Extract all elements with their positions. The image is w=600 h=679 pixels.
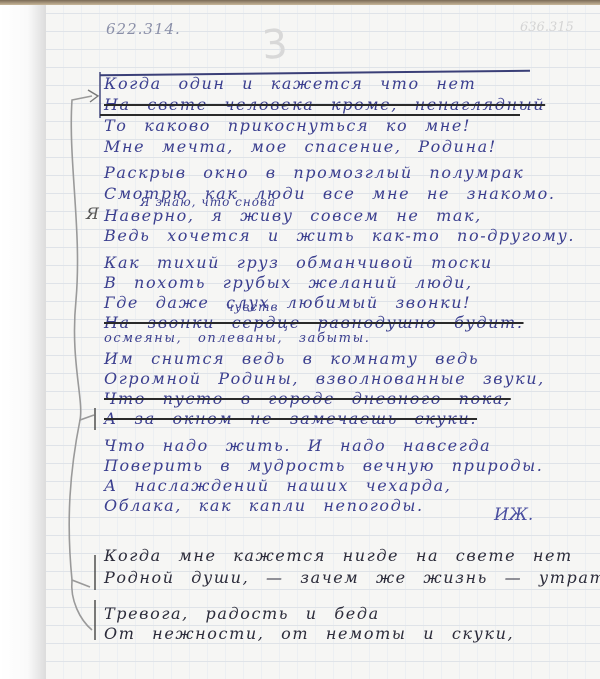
poem-line: Где даже слух любимый звонки! — [104, 293, 471, 312]
poem-line: Раскрыв окно в промозглый полумрак — [104, 163, 524, 182]
poem-line: А наслаждений наших чехарда, — [104, 476, 451, 495]
margin-mark: Я — [86, 204, 99, 223]
poem-line: Родной души, — зачем же жизнь — утрата? — [104, 568, 600, 587]
poem-line: Поверить в мудрость вечную природы. — [104, 456, 543, 475]
author-signature: ИЖ. — [494, 505, 533, 525]
poem-line-struck: На свете человека кроме, ненаглядный — [104, 95, 545, 114]
poem-line-struck: А за окном не замечаешь скуки. — [104, 409, 477, 428]
poem-line-struck: Что пусто в городе дневного пока, — [104, 389, 511, 408]
poem-line: Огромной Родины, взволнованные звуки, — [104, 369, 545, 388]
poem-line: От нежности, от немоты и скуки, — [104, 624, 514, 643]
poem-line-insertion: осмеяны, оплеваны, забыты. — [104, 331, 371, 346]
poem-line: Когда один и кажется что нет — [104, 74, 476, 93]
poem-line: Ведь хочется и жить как-то по-другому. — [104, 226, 575, 245]
archive-number-right: 636.315 — [520, 20, 574, 35]
poem-line: То каково прикоснуться ко мне! — [104, 116, 471, 135]
correction-insertion: чувств — [226, 300, 279, 314]
poem-line: Облака, как капли непогоды. — [104, 496, 424, 515]
poem-line: В похоть грубых желаний люди, — [104, 273, 473, 292]
poem-line: Им снится ведь в комнату ведь — [104, 349, 479, 368]
poem-line: Что надо жить. И надо навсегда — [104, 436, 491, 455]
poem-line: Наверно, я живу совсем не так, — [104, 206, 482, 225]
page-number: 3 — [260, 21, 289, 69]
poem-line: Как тихий груз обманчивой тоски — [104, 253, 493, 272]
poem-line: Когда мне кажется нигде на свете нет — [104, 546, 573, 565]
poem-line: Тревога, радость и беда — [104, 604, 380, 623]
poem-line: Мне мечта, мое спасение, Родина! — [104, 137, 497, 156]
poem-line-struck: На звонки сердце равнодушно будит. — [104, 313, 524, 332]
